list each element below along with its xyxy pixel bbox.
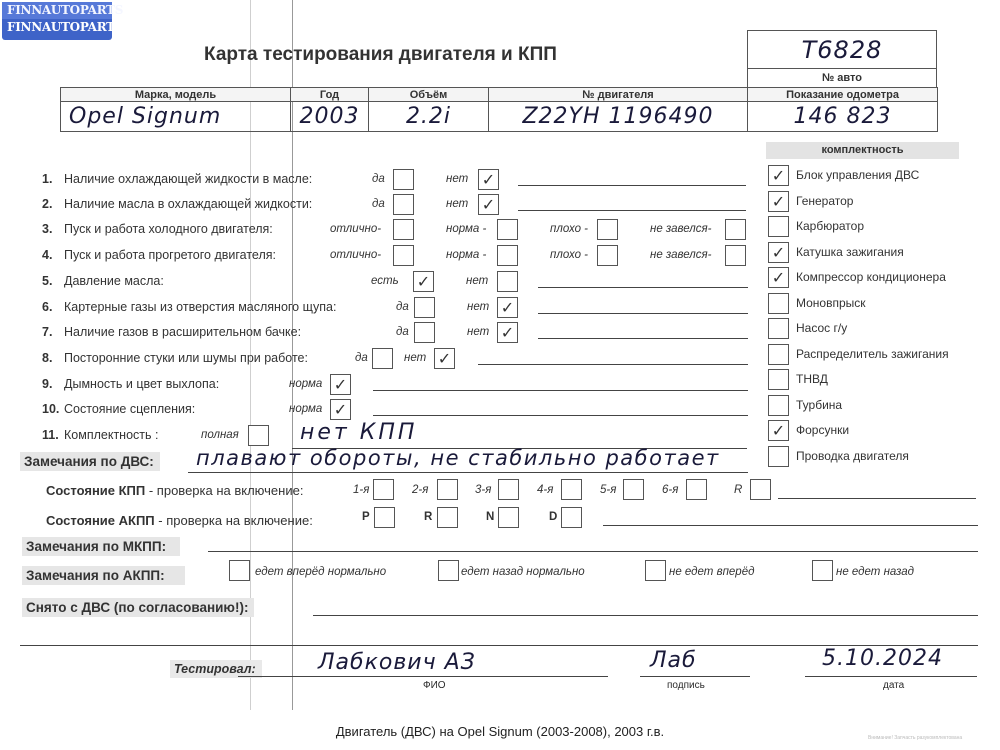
engine-number-value: Z22YH 1196490 [489,102,748,132]
underline [238,676,608,677]
completeness-checkbox[interactable]: ✓ [768,165,789,186]
logo-line-2: FINNAUTOPARTS [2,19,112,36]
question-number: 2. [42,197,64,211]
removed-field[interactable] [313,615,978,616]
question-text: Наличие газов в расширительном бачке: [64,325,301,339]
option-label: да [396,326,409,338]
form-title: Карта тестирования двигателя и КПП [204,44,557,66]
option-label: да [372,198,385,210]
option-label: отлично- [330,249,381,261]
option-label: нет [446,173,468,185]
question-row: 9.Дымность и цвет выхлопа: [42,377,219,391]
col-odometer: Показание одометра [748,88,938,102]
footer-note: Внимание! Запчасть разукомплектована [868,735,962,741]
auto-number-box: T6828 № авто [747,30,937,89]
option-checkbox[interactable] [372,348,393,369]
question-number: 6. [42,300,64,314]
gear-checkbox[interactable] [623,479,644,500]
underline [538,338,748,339]
auto-remark-label: едет вперёд нормально [255,566,386,578]
question-text: Состояние сцепления: [64,402,195,416]
question-number: 4. [42,248,64,262]
option-label: нет [466,275,488,287]
underline [538,287,748,288]
question-text: Наличие масла в охлаждающей жидкости: [64,197,312,211]
auto-remark-label: едет назад нормально [461,566,585,578]
gearbox-check-label: Состояние КПП - проверка на включение: [46,483,303,498]
option-label: нет [404,352,426,364]
underline [373,390,748,391]
underline [805,676,977,677]
auto-remark-checkbox[interactable] [438,560,459,581]
underline [188,472,748,473]
auto-gear-label: P [362,511,370,523]
completeness-label: Форсунки [796,423,849,437]
question-number: 8. [42,351,64,365]
gear-label: 4-я [537,484,553,496]
gear-label: 3-я [475,484,491,496]
question-number: 1. [42,172,64,186]
question-text: Дымность и цвет выхлопа: [64,377,219,391]
question-row: 6.Картерные газы из отверстия масляного … [42,300,336,314]
col-volume: Объём [369,88,489,102]
completeness-label: Распределитель зажигания [796,347,949,361]
completeness-checkbox[interactable] [768,446,789,467]
option-label: плохо - [550,249,588,261]
gear-label: 6-я [662,484,678,496]
question-row: 1.Наличие охлаждающей жидкости в масле: [42,172,312,186]
image-caption: Двигатель (ДВС) на Opel Signum (2003-200… [0,724,1000,739]
removed-label: Снято с ДВС (по согласованию!): [22,598,254,617]
gear-checkbox[interactable] [498,479,519,500]
underline [538,313,748,314]
auto-remark-checkbox[interactable] [645,560,666,581]
auto-gear-label: N [486,511,494,523]
manual-remarks-label: Замечания по МКПП: [22,537,180,556]
gear-checkbox[interactable] [686,479,707,500]
option-label: да [396,301,409,313]
make-model-value: Opel Signum [61,102,291,132]
option-label: норма [289,378,322,390]
gear-checkbox[interactable] [373,479,394,500]
gear-checkbox[interactable] [437,479,458,500]
question-row: 10.Состояние сцепления: [42,402,195,416]
option-checkbox[interactable]: ✓ [478,194,499,215]
underline [640,676,750,677]
question-number: 5. [42,274,64,288]
question-number: 10. [42,402,64,416]
option-checkbox[interactable]: ✓ [497,297,518,318]
completeness-checkbox[interactable] [768,293,789,314]
auto-number-label: № авто [748,69,936,88]
option-label: есть [371,275,399,287]
auto-remark-checkbox[interactable] [229,560,250,581]
completeness-label: Насос г/у [796,321,847,335]
completeness-checkbox[interactable] [768,318,789,339]
option-checkbox[interactable]: ✓ [497,322,518,343]
option-checkbox[interactable] [497,271,518,292]
auto-gear-checkbox[interactable] [437,507,458,528]
option-label: отлично- [330,223,381,235]
completeness-label: ТНВД [796,372,828,386]
completeness-note: нет КПП [300,420,417,445]
question-number: 7. [42,325,64,339]
auto-gearbox-check-label: Состояние АКПП - проверка на включение: [46,513,313,528]
underline [518,185,746,186]
question-text: Наличие охлаждающей жидкости в масле: [64,172,312,186]
completeness-checkbox[interactable]: ✓ [768,267,789,288]
gearbox-check-label-bold: Состояние КПП [46,483,145,498]
odometer-value: 146 823 [748,102,938,132]
option-checkbox[interactable]: ✓ [413,271,434,292]
auto-remark-checkbox[interactable] [812,560,833,581]
date-value[interactable]: 5.10.2024 [822,646,943,671]
gear-checkbox[interactable] [750,479,771,500]
year-value: 2003 [291,102,369,132]
question-text: Давление масла: [64,274,164,288]
completeness-label: Блок управления ДВС [796,168,919,182]
auto-remark-label: не едет вперёд [669,566,754,578]
underline [778,498,976,499]
col-make-model: Марка, модель [61,88,291,102]
gear-label: 1-я [353,484,369,496]
question-number: 3. [42,222,64,236]
option-checkbox[interactable] [393,194,414,215]
option-label: полная [201,429,239,441]
col-engine-number: № двигателя [489,88,748,102]
question-text: Пуск и работа прогретого двигателя: [64,248,276,262]
completeness-checkbox[interactable]: ✓ [768,191,789,212]
completeness-checkbox[interactable] [768,344,789,365]
completeness-checkbox[interactable]: ✓ [768,242,789,263]
option-checkbox[interactable]: ✓ [434,348,455,369]
question-row: 2.Наличие масла в охлаждающей жидкости: [42,197,312,211]
completeness-label: Генератор [796,194,853,208]
option-checkbox[interactable] [497,219,518,240]
option-label: не завелся- [650,223,712,235]
option-label: плохо - [550,223,588,235]
question-text: Пуск и работа холодного двигателя: [64,222,273,236]
auto-gearbox-check-label-bold: Состояние АКПП [46,513,155,528]
underline [373,415,748,416]
date-caption: дата [883,680,904,691]
option-label: да [372,173,385,185]
option-checkbox[interactable] [725,245,746,266]
completeness-label: Катушка зажигания [796,245,904,259]
question-number: 11. [42,428,64,442]
question-text: Посторонние стуки или шумы при работе: [64,351,308,365]
auto-gear-checkbox[interactable] [498,507,519,528]
question-text: Комплектность : [64,428,158,442]
option-label: норма [289,403,322,415]
engine-remarks-value[interactable]: плавают обороты, не стабильно работает [196,446,720,470]
option-checkbox[interactable] [393,245,414,266]
auto-gearbox-check-label-rest: - проверка на включение: [155,513,313,528]
completeness-label: Моновпрыск [796,296,866,310]
underline [478,364,748,365]
question-row: 3.Пуск и работа холодного двигателя: [42,222,273,236]
engine-remarks-label: Замечания по ДВС: [20,452,160,471]
completeness-checkbox[interactable] [768,216,789,237]
option-label: норма - [446,249,486,261]
option-checkbox[interactable]: ✓ [478,169,499,190]
option-checkbox[interactable] [393,219,414,240]
option-label: нет [467,301,489,313]
option-label: не завелся- [650,249,712,261]
signature-caption: подпись [667,680,705,691]
completeness-heading: комплектность [766,142,959,159]
tester-name-caption: ФИО [423,680,446,691]
vehicle-info-table: Марка, модель Год Объём № двигателя Пока… [60,87,938,132]
manual-remarks-field[interactable] [208,551,978,552]
gear-label: R [734,484,742,496]
option-checkbox[interactable] [414,297,435,318]
auto-number-value: T6828 [748,31,936,69]
completeness-checkbox[interactable] [768,369,789,390]
option-checkbox[interactable] [725,219,746,240]
gear-label: 2-я [412,484,428,496]
question-row: 11.Комплектность : [42,428,158,442]
auto-remark-label: не едет назад [836,566,914,578]
completeness-label: Карбюратор [796,219,864,233]
option-label: нет [446,198,468,210]
logo-line-1: FINNAUTOPARTS [2,2,112,19]
finnautoparts-logo: FINNAUTOPARTS FINNAUTOPARTS [2,2,112,40]
option-checkbox[interactable] [393,169,414,190]
question-row: 5.Давление масла: [42,274,164,288]
option-label: да [355,352,368,364]
underline [518,210,746,211]
question-row: 7.Наличие газов в расширительном бачке: [42,325,301,339]
gearbox-check-label-rest: - проверка на включение: [145,483,303,498]
tester-name-value[interactable]: Лабкович АЗ [318,650,476,675]
option-checkbox[interactable]: ✓ [330,374,351,395]
col-year: Год [291,88,369,102]
question-text: Картерные газы из отверстия масляного щу… [64,300,336,314]
volume-value: 2.2i [369,102,489,132]
underline [603,525,978,526]
option-checkbox[interactable] [597,219,618,240]
signature-value[interactable]: Лаб [650,648,697,673]
option-label: норма - [446,223,486,235]
option-checkbox[interactable] [248,425,269,446]
completeness-label: Компрессор кондиционера [796,270,946,284]
auto-remarks-label: Замечания по АКПП: [22,566,185,585]
option-checkbox[interactable] [414,322,435,343]
gear-label: 5-я [600,484,616,496]
auto-gear-checkbox[interactable] [561,507,582,528]
question-row: 8.Посторонние стуки или шумы при работе: [42,351,308,365]
question-number: 9. [42,377,64,391]
auto-gear-label: R [424,511,432,523]
option-checkbox[interactable] [497,245,518,266]
auto-gear-checkbox[interactable] [374,507,395,528]
question-row: 4.Пуск и работа прогретого двигателя: [42,248,276,262]
option-label: нет [467,326,489,338]
completeness-label: Проводка двигателя [796,449,909,463]
completeness-checkbox[interactable] [768,395,789,416]
completeness-label: Турбина [796,398,842,412]
completeness-checkbox[interactable]: ✓ [768,420,789,441]
option-checkbox[interactable]: ✓ [330,399,351,420]
option-checkbox[interactable] [597,245,618,266]
gear-checkbox[interactable] [561,479,582,500]
auto-gear-label: D [549,511,557,523]
